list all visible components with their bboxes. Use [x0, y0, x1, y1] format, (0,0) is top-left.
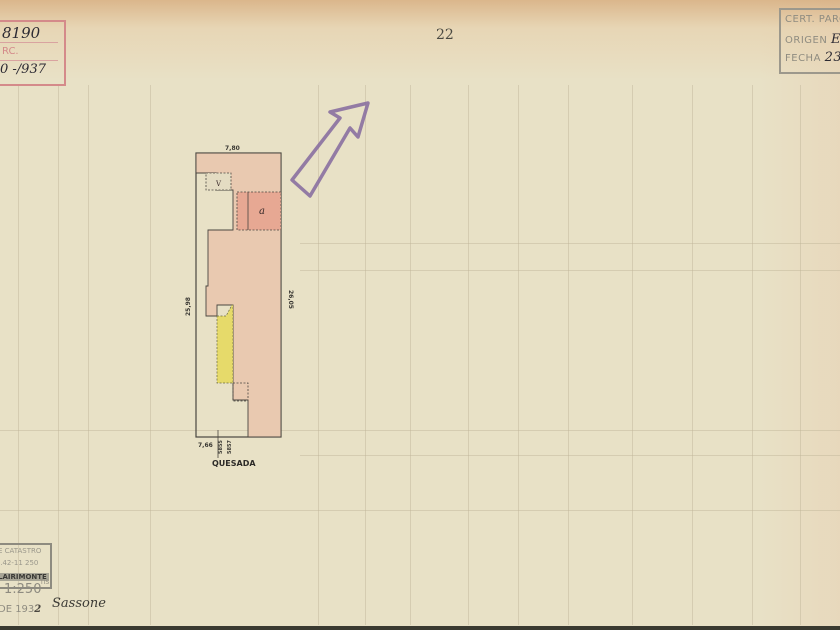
yellow-area: [217, 305, 233, 383]
signature: Sassone: [52, 596, 106, 611]
scale-label: 1:250: [4, 582, 41, 597]
door-number-1: 5855: [218, 440, 224, 454]
dimension-front-bottom: 7,66: [198, 442, 213, 449]
lot-plan-drawing: V a 7,80 25,98 26,05 7,66 5855 5857 QUES…: [0, 0, 840, 630]
year-label: DE 1932: [0, 604, 41, 615]
stamp-line-1: E CATASTRO: [0, 547, 41, 555]
stamp-line-2: ..42-11 250: [0, 559, 38, 567]
north-arrow-icon: [292, 103, 368, 196]
dimension-front-top: 7,80: [225, 145, 240, 152]
area-letter-label: a: [259, 206, 265, 217]
scale-suffix: TIS: [40, 579, 49, 586]
ventilation-label: V: [215, 180, 222, 188]
street-name: QUESADA: [212, 459, 256, 468]
dimension-right-side: 26,05: [287, 290, 294, 309]
dimension-left-side: 25,98: [185, 297, 192, 316]
door-number-2: 5857: [227, 440, 233, 454]
